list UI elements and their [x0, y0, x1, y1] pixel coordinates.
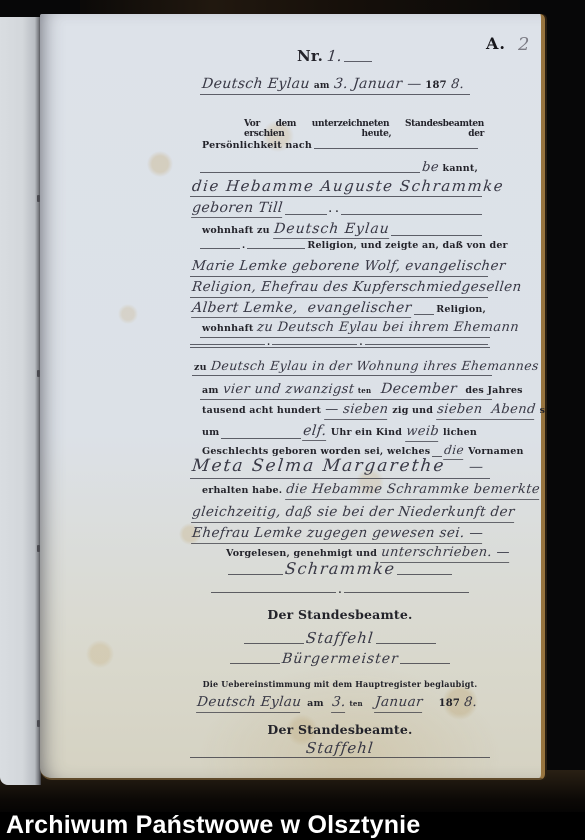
intro-line: Vor dem unterzeichneten Standesbeamten e…	[244, 119, 484, 140]
ruled-line	[285, 213, 327, 215]
printed-text: um	[202, 428, 219, 439]
ruled-line	[230, 662, 280, 664]
binding-stitch	[37, 370, 40, 377]
handwritten-text: 3.	[331, 695, 347, 713]
birth-place-line: zuDeutsch Eylau in der Wohnung ihres Ehe…	[192, 359, 492, 376]
handwritten-text: die Hebamme Schrammke bemerkte	[285, 483, 541, 500]
birth-date-line: amvier und zwanzigsttenDecemberdes Jahre…	[200, 381, 492, 400]
printed-text: s	[540, 406, 546, 417]
handwritten-text: Marie Lemke geborene Wolf, evangelischer	[191, 259, 506, 275]
printed-text: des Jahres	[465, 386, 522, 397]
bekannt-line: bekannt,	[200, 161, 480, 176]
midwife-note-line-2: gleichzeitig, daß sie bei der Niederkunf…	[190, 505, 490, 523]
printed-text: zig und	[392, 406, 433, 417]
handwritten-text: Staffehl	[305, 630, 375, 647]
handwritten-text: gleichzeitig, daß sie bei der Niederkunf…	[191, 505, 515, 523]
printed-text: Nr.	[297, 48, 323, 65]
printed-text: . .	[329, 205, 339, 215]
mother-name-line: Marie Lemke geborene Wolf, evangelischer	[190, 259, 488, 277]
place-date-line: Deutsch Eylauam3. Januar —1878.	[200, 76, 470, 95]
binding-stitch	[37, 195, 40, 202]
handwritten-text: geboren Till	[191, 200, 284, 218]
ruled-line	[414, 313, 435, 315]
signature-schrammke: Schrammke	[190, 560, 490, 578]
handwritten-text: sieben Abend	[436, 403, 536, 420]
printed-text: 187	[425, 80, 446, 92]
declarant-name-line: die Hebamme Auguste Schrammke	[190, 178, 482, 197]
register-page: A. 2 Nr.1.Deutsch Eylauam3. Januar —1878…	[40, 14, 545, 780]
registrar-heading-1: Der Standesbeamte.	[190, 608, 490, 622]
handwritten-text: 3. Januar —	[333, 76, 422, 92]
handwritten-text: die Hebamme Auguste Schrammke	[191, 178, 505, 195]
printed-text: am	[307, 699, 324, 710]
ruled-line	[190, 756, 490, 758]
ruled-line	[200, 171, 420, 173]
handwritten-text: 8.	[463, 696, 478, 711]
printed-text: Die Uebereinstimmung mit dem Hauptregist…	[203, 680, 478, 689]
certification-date-line: Deutsch Eylauam3.tenJanuar1878.	[195, 695, 495, 713]
handwritten-text: Januar	[374, 695, 424, 713]
ruled-line	[344, 591, 469, 593]
birth-year-line: tausend acht hundert— siebenzig undsiebe…	[200, 403, 492, 420]
ruled-line	[397, 573, 452, 575]
midwife-note-line-3: Ehefrau Lemke zugegen gewesen sei. —	[190, 526, 490, 544]
ruled-line	[314, 147, 478, 149]
closing-rule	[190, 756, 490, 761]
handwritten-text: elf.	[302, 423, 327, 441]
handwritten-text: vier und zwanzigst	[222, 383, 355, 398]
handwritten-text: Deutsch Eylau	[196, 695, 302, 713]
midwife-note-line-1: erhalten habe.die Hebamme Schrammke beme…	[200, 483, 492, 500]
handwritten-text: zu Deutsch Eylau bei ihrem Ehemann	[257, 321, 521, 336]
father-name-line: Albert Lemke, evangelischerReligion,	[190, 300, 488, 318]
printed-text: tausend acht hundert	[202, 406, 321, 417]
ruled-line	[391, 234, 482, 236]
facing-page-sliver	[0, 17, 41, 785]
certification-line: Die Uebereinstimmung mit dem Hauptregist…	[190, 680, 490, 689]
ruled-line	[247, 247, 305, 249]
handwritten-text: Bürgermeister	[281, 651, 399, 667]
ruled-line	[400, 662, 450, 664]
printed-text: am	[314, 81, 330, 91]
scanned-register-scene: A. 2 Nr.1.Deutsch Eylauam3. Januar —1878…	[0, 0, 585, 840]
residence-line: wohnhaft zuDeutsch Eylau	[200, 221, 482, 239]
nr-line: Nr.1.	[295, 48, 372, 65]
handwritten-text: Religion, Ehefrau des Kupferschmiedgesel…	[191, 280, 522, 296]
handwritten-text: Meta Selma Margarethe	[191, 457, 446, 477]
printed-text: 187	[439, 698, 460, 710]
ruled-line	[211, 591, 336, 593]
religion-intro-line: .Religion, und zeigte an, daß von der	[200, 241, 488, 252]
handwritten-text: Schrammke	[284, 560, 396, 578]
printed-text: zu	[194, 363, 207, 374]
printed-text: kannt,	[443, 164, 478, 175]
ruled-line	[344, 60, 372, 62]
printed-text: wohnhaft	[202, 324, 253, 335]
handwritten-text: — sieben	[324, 403, 389, 420]
birth-time-line: umelf.Uhr ein Kindweiblichen	[200, 423, 492, 442]
persoenlichkeit-line: Persönlichkeit nach	[200, 141, 478, 152]
ruled-line	[221, 437, 301, 439]
handwritten-text: 8.	[450, 78, 465, 93]
printed-text: ten	[349, 700, 362, 708]
printed-text: Der Standesbeamte.	[267, 608, 412, 622]
archive-name: Archiwum Państwowe w Olsztynie	[6, 811, 420, 839]
page-number: 2	[518, 34, 529, 55]
printed-text: Uhr ein Kind	[331, 428, 402, 439]
child-name-line: Meta Selma Margarethe—	[190, 457, 490, 479]
printed-text: Religion, und zeigte an, daß von der	[307, 241, 507, 252]
printed-text: Religion,	[436, 305, 486, 316]
printed-text: erhalten habe.	[202, 486, 282, 497]
divider-line: .	[190, 586, 490, 596]
handwritten-text: Ehefrau Lemke zugegen gewesen sei. —	[191, 526, 484, 544]
handwritten-text: 1.	[326, 48, 343, 65]
printed-text: ten	[358, 387, 371, 395]
printed-text: .	[242, 241, 245, 251]
signature-staffehl-2: Staffehl	[190, 740, 490, 757]
family-residence-line: wohnhaftzu Deutsch Eylau bei ihrem Ehema…	[200, 321, 490, 338]
handwritten-text: be	[421, 161, 439, 176]
handwritten-text: Deutsch Eylau	[273, 221, 391, 239]
ruled-line	[341, 213, 482, 215]
ruled-line	[376, 642, 436, 644]
printed-text: am	[202, 386, 219, 397]
handwritten-text: Deutsch Eylau in der Wohnung ihres Ehema…	[210, 359, 539, 373]
buergermeister-line: Bürgermeister	[190, 651, 490, 667]
signature-staffehl-1: Staffehl	[190, 630, 490, 647]
book-spine-top-edge	[80, 0, 520, 14]
ruled-line	[190, 346, 490, 348]
printed-text: Persönlichkeit nach	[202, 141, 312, 152]
printed-text: Vor dem unterzeichneten Standesbeamten e…	[244, 119, 484, 140]
printed-text: Der Standesbeamte.	[267, 723, 412, 737]
binding-stitch	[37, 720, 40, 727]
handwritten-text: weib	[405, 425, 440, 442]
handwritten-text: —	[469, 459, 485, 475]
handwritten-text: December	[380, 381, 458, 397]
archive-watermark-bar: Archiwum Państwowe w Olsztynie	[0, 812, 585, 840]
handwritten-text: Albert Lemke, evangelischer	[191, 300, 412, 318]
printed-text: wohnhaft zu	[202, 226, 270, 237]
handwritten-text: Staffehl	[305, 740, 375, 757]
printed-text: lichen	[443, 428, 477, 439]
ruled-line	[200, 247, 240, 249]
handwritten-text: Deutsch Eylau	[201, 76, 311, 92]
filler-rule	[190, 346, 490, 351]
ruled-line	[244, 642, 304, 644]
printed-text: .	[338, 586, 341, 596]
binding-stitch	[37, 545, 40, 552]
register-section-letter: A.	[486, 34, 506, 53]
registrar-heading-2: Der Standesbeamte.	[190, 723, 490, 737]
mother-status-line: Religion, Ehefrau des Kupferschmiedgesel…	[190, 280, 488, 298]
maiden-name-line: geboren Till. .	[190, 200, 482, 218]
ruled-line	[228, 573, 283, 575]
